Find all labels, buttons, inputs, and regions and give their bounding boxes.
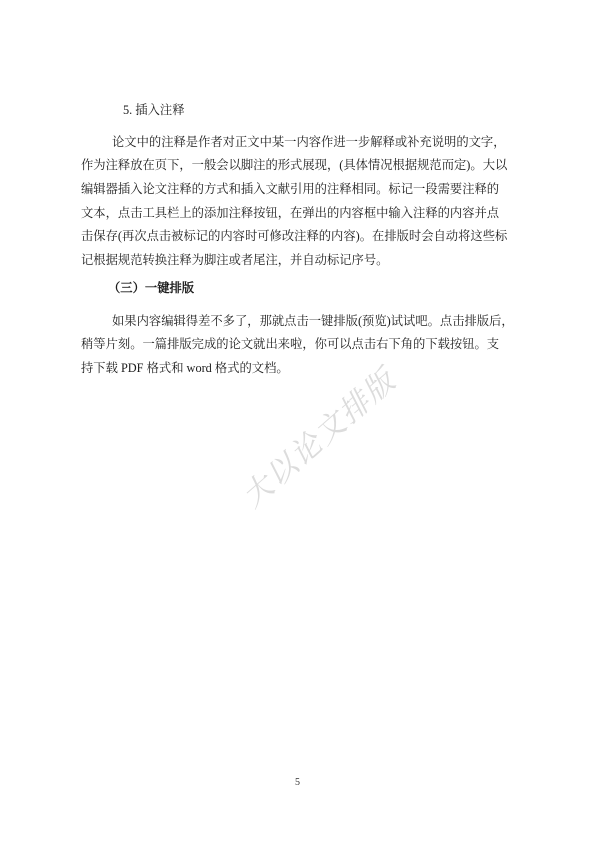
- paragraph-line: 击保存(再次点击被标记的内容时可修改注释的内容)。在排版时会自动将这些标: [81, 225, 514, 249]
- paragraph-insert-note: 论文中的注释是作者对正文中某一内容作进一步解释或补充说明的文字， 作为注释放在页…: [81, 131, 514, 273]
- page-number: 5: [0, 777, 595, 788]
- section-heading-one-click-layout: （三）一键排版: [81, 277, 514, 301]
- paragraph-line: 作为注释放在页下，一般会以脚注的形式展现，(具体情况根据规范而定)。大以: [81, 154, 514, 178]
- document-page: 大以论文排版 5. 插入注释 论文中的注释是作者对正文中某一内容作进一步解释或补…: [0, 0, 595, 842]
- paragraph-line: 稍等片刻。一篇排版完成的论文就出来啦，你可以点击右下角的下载按钮。支: [81, 333, 514, 357]
- paragraph-line: 持下载 PDF 格式和 word 格式的文档。: [81, 357, 514, 381]
- paragraph-line: 编辑器插入论文注释的方式和插入文献引用的注释相同。标记一段需要注释的: [81, 178, 514, 202]
- document-content: 5. 插入注释 论文中的注释是作者对正文中某一内容作进一步解释或补充说明的文字，…: [81, 99, 514, 381]
- numbered-item-heading: 5. 插入注释: [81, 99, 514, 123]
- paragraph-line: 记根据规范转换注释为脚注或者尾注，并自动标记序号。: [81, 249, 514, 273]
- paragraph-line: 论文中的注释是作者对正文中某一内容作进一步解释或补充说明的文字，: [81, 131, 514, 155]
- paragraph-line: 如果内容编辑得差不多了，那就点击一键排版(预览)试试吧。点击排版后，: [81, 310, 514, 334]
- paragraph-line: 文本，点击工具栏上的添加注释按钮，在弹出的内容框中输入注释的内容并点: [81, 202, 514, 226]
- paragraph-one-click-layout: 如果内容编辑得差不多了，那就点击一键排版(预览)试试吧。点击排版后， 稍等片刻。…: [81, 310, 514, 381]
